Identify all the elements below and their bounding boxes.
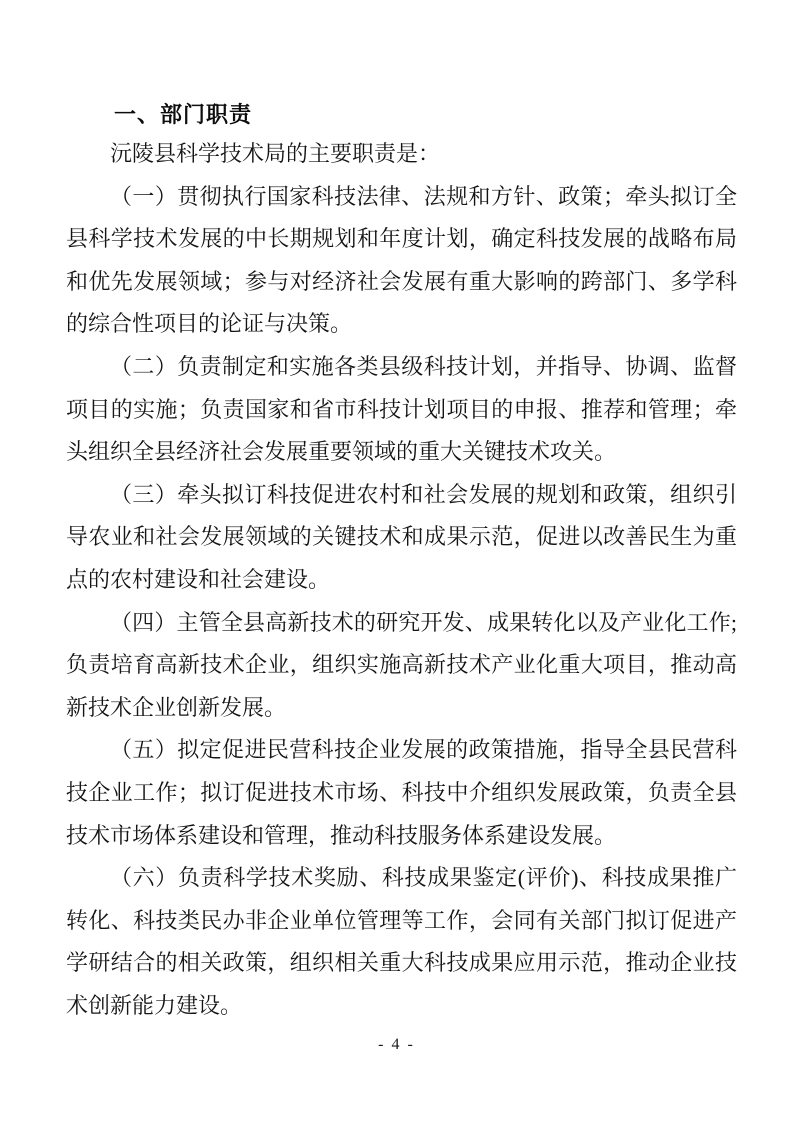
page-number: - 4 - — [0, 1036, 793, 1054]
intro-line: 沅陵县科学技术局的主要职责是： — [66, 133, 737, 176]
paragraph-list: （一）贯彻执行国家科技法律、法规和方针、政策；牵头拟订全县科学技术发展的中长期规… — [66, 176, 737, 1028]
document-body: 沅陵县科学技术局的主要职责是： （一）贯彻执行国家科技法律、法规和方针、政策；牵… — [66, 133, 737, 1027]
section-heading: 一、部门职责 — [114, 103, 737, 127]
body-paragraph: （四）主管全县高新技术的研究开发、成果转化以及产业化工作;负责培育高新技术企业，… — [66, 602, 737, 730]
body-paragraph: （一）贯彻执行国家科技法律、法规和方针、政策；牵头拟订全县科学技术发展的中长期规… — [66, 176, 737, 346]
body-paragraph: （二）负责制定和实施各类县级科技计划，并指导、协调、监督项目的实施；负责国家和省… — [66, 346, 737, 474]
body-paragraph: （三）牵头拟订科技促进农村和社会发展的规划和政策，组织引导农业和社会发展领域的关… — [66, 474, 737, 602]
document-page: 一、部门职责 沅陵县科学技术局的主要职责是： （一）贯彻执行国家科技法律、法规和… — [0, 0, 793, 1122]
body-paragraph: （五）拟定促进民营科技企业发展的政策措施，指导全县民营科技企业工作；拟订促进技术… — [66, 729, 737, 857]
body-paragraph: （六）负责科学技术奖励、科技成果鉴定(评价)、科技成果推广转化、科技类民办非企业… — [66, 857, 737, 1027]
